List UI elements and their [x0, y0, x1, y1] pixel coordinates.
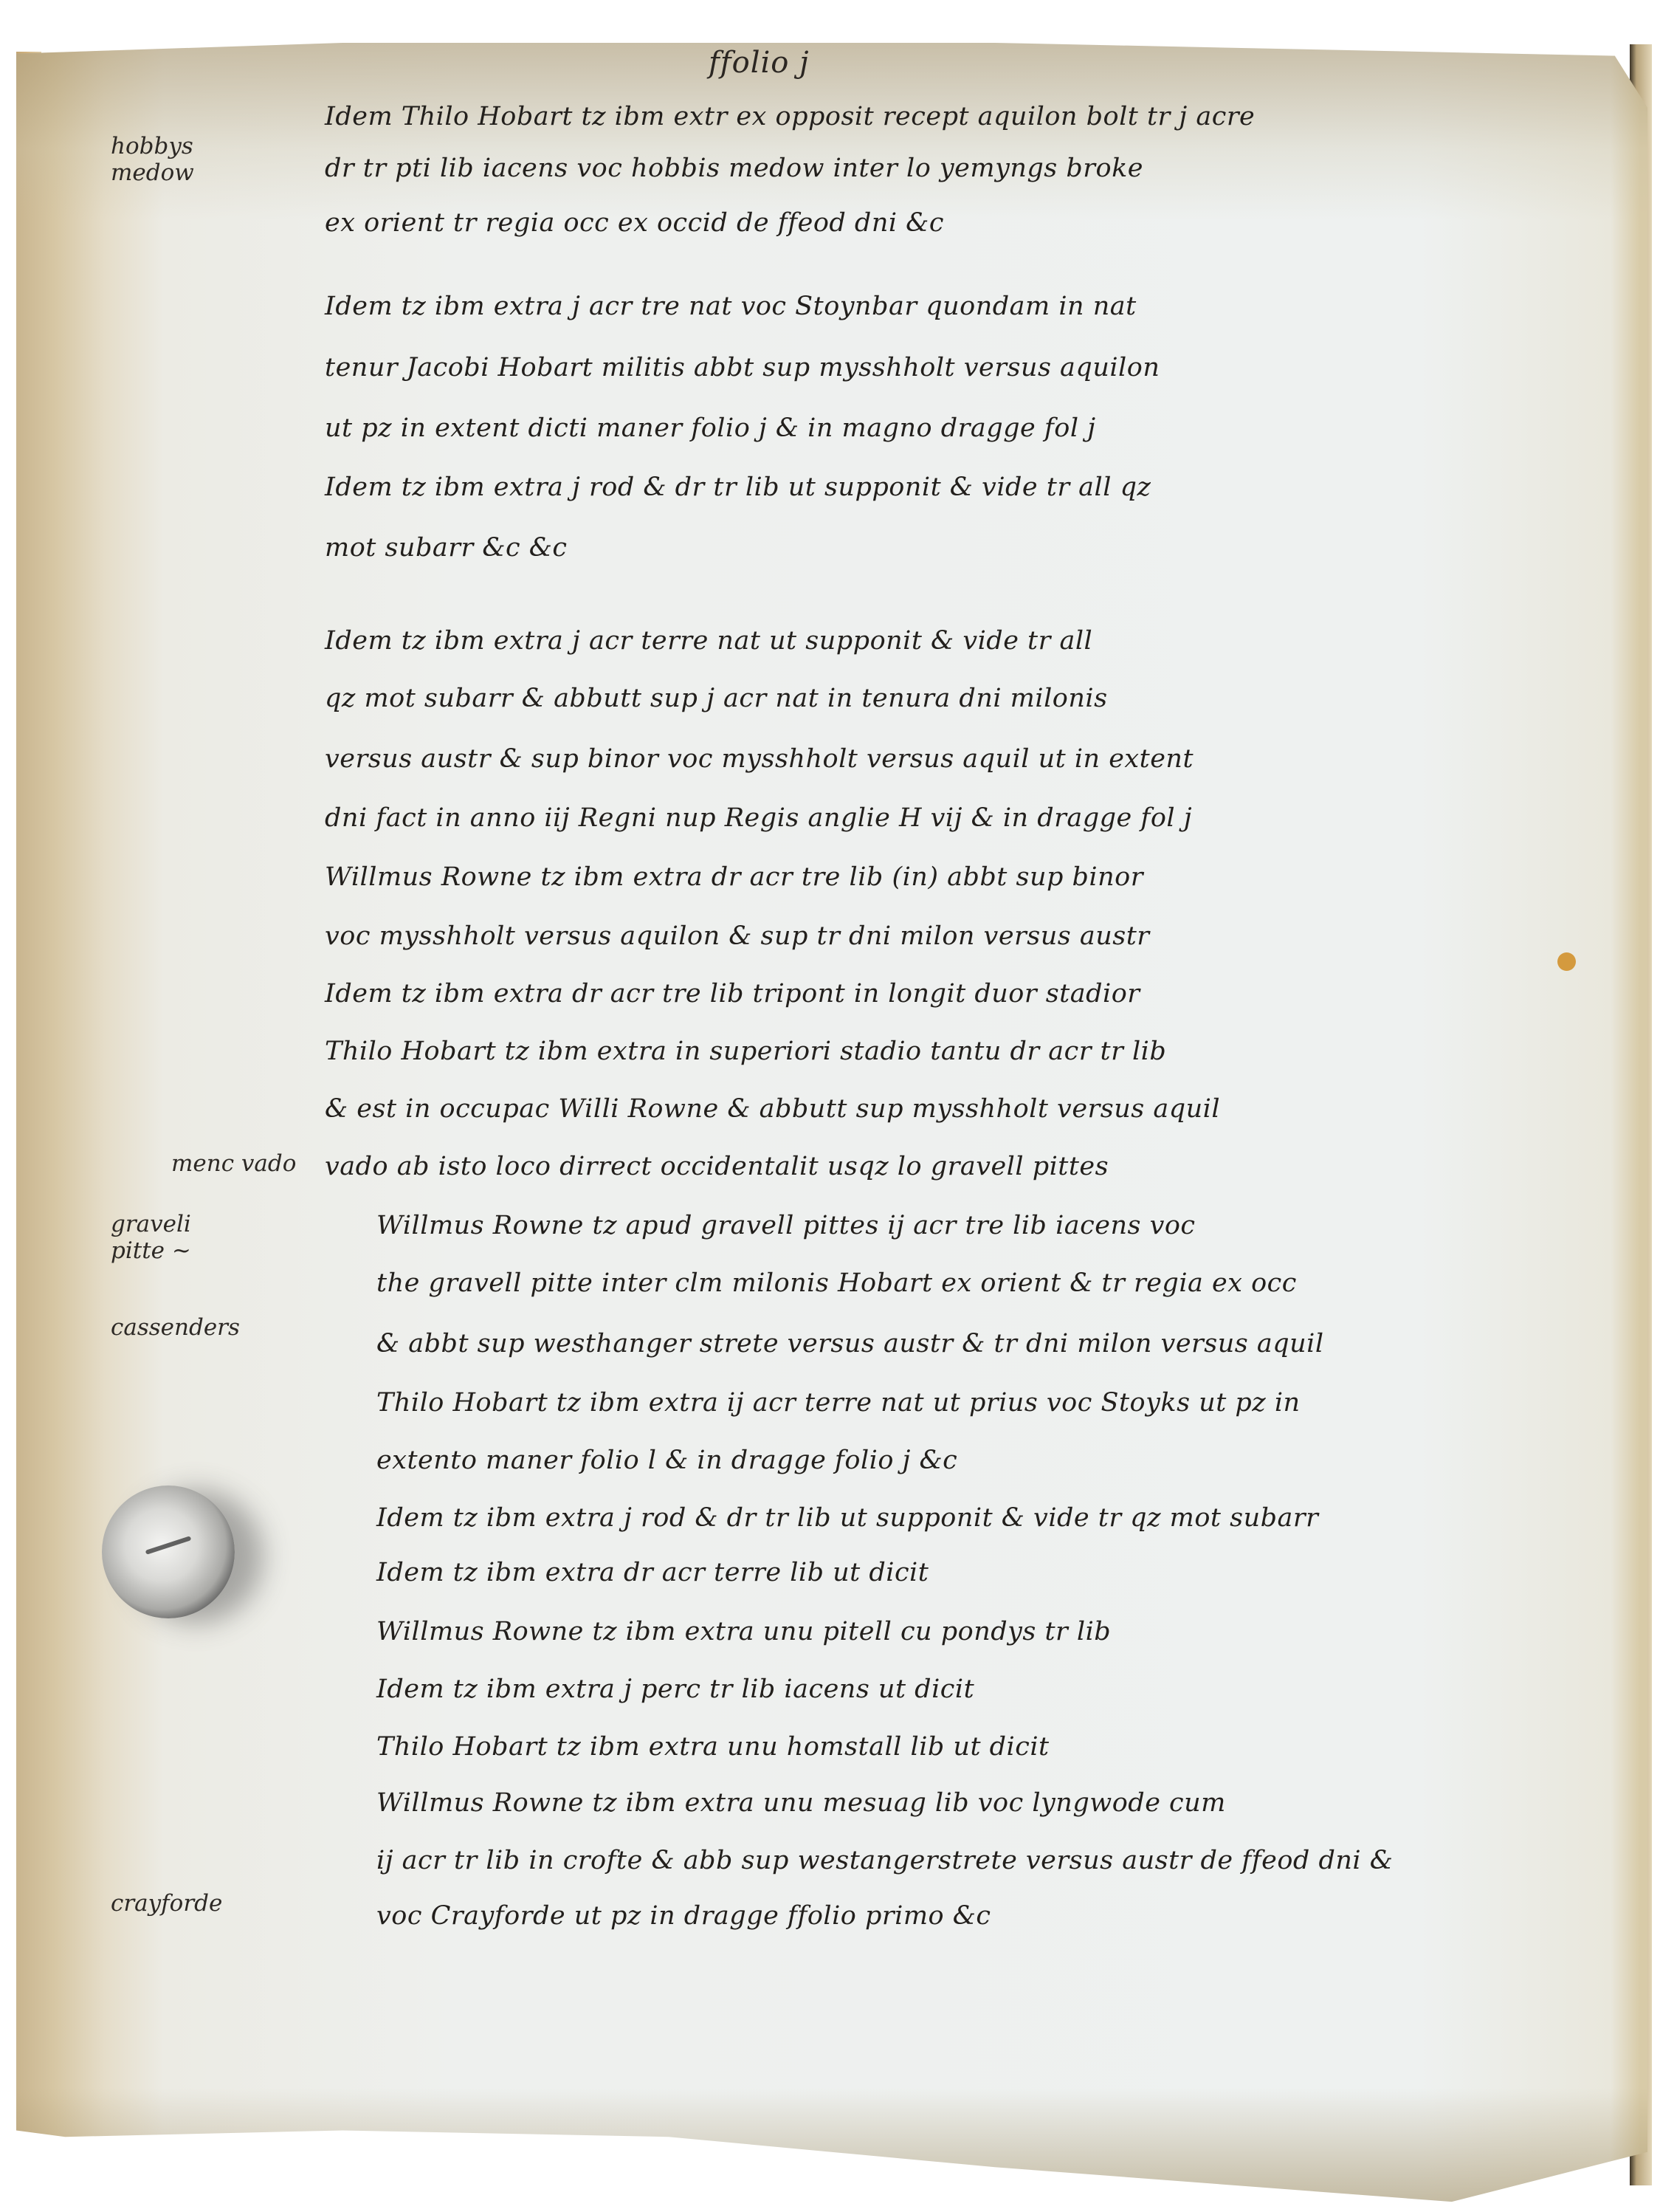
manuscript-line: mot subarr &c &c — [325, 533, 567, 563]
manuscript-line: & est in occupac Willi Rowne & abbutt su… — [325, 1094, 1220, 1124]
margin-note-line: hobbys — [111, 133, 194, 159]
manuscript-line: Willmus Rowne tz ibm extra dr acr tre li… — [325, 862, 1143, 892]
manuscript-line: voc mysshholt versus aquilon & sup tr dn… — [325, 921, 1150, 951]
manuscript-line: tenur Jacobi Hobart militis abbt sup mys… — [325, 353, 1160, 382]
manuscript-line: ex orient tr regia occ ex occid de ffeod… — [325, 208, 944, 238]
manuscript-line: Idem Thilo Hobart tz ibm extr ex opposit… — [325, 102, 1255, 131]
manuscript-line: versus austr & sup binor voc mysshholt v… — [325, 744, 1194, 774]
margin-note-crayforde: crayforde — [111, 1890, 222, 1917]
margin-note-line: cassenders — [111, 1314, 240, 1341]
manuscript-line: Idem tz ibm extra j rod & dr tr lib ut s… — [376, 1503, 1318, 1533]
manuscript-line: Willmus Rowne tz apud gravell pittes ij … — [376, 1211, 1196, 1240]
folio-heading: ffolio j — [709, 46, 809, 80]
margin-note-menc-vado: menc vado — [171, 1150, 296, 1177]
manuscript-line: Willmus Rowne tz ibm extra unu mesuag li… — [376, 1788, 1226, 1818]
manuscript-line: extento maner folio l & in dragge folio … — [376, 1446, 957, 1475]
manuscript-line: qz mot subarr & abbutt sup j acr nat in … — [325, 684, 1108, 713]
manuscript-line: vado ab isto loco dirrect occidentalit u… — [325, 1152, 1109, 1181]
manuscript-line: ij acr tr lib in crofte & abb sup westan… — [376, 1846, 1393, 1875]
margin-note-hobbys-medow: hobbysmedow — [111, 133, 194, 186]
manuscript-line: voc Crayforde ut pz in dragge ffolio pri… — [376, 1901, 991, 1931]
manuscript-line: Idem tz ibm extra j acr tre nat voc Stoy… — [325, 292, 1137, 321]
orange-marker-dot — [1557, 952, 1576, 971]
margin-note-cassenders: cassenders — [111, 1314, 240, 1341]
manuscript-line: Idem tz ibm extra j rod & dr tr lib ut s… — [325, 473, 1151, 502]
margin-note-line: graveli — [111, 1211, 191, 1237]
margin-note-line: pitte ~ — [111, 1237, 191, 1264]
manuscript-line: Idem tz ibm extra dr acr tre lib tripont… — [325, 979, 1140, 1009]
manuscript-line: ut pz in extent dicti maner folio j & in… — [325, 413, 1096, 443]
manuscript-line: Idem tz ibm extra j acr terre nat ut sup… — [325, 626, 1092, 656]
manuscript-line: dr tr pti lib iacens voc hobbis medow in… — [325, 154, 1143, 183]
margin-note-graveli-pitte: gravelipitte ~ — [111, 1211, 191, 1264]
manuscript-line: Idem tz ibm extra j perc tr lib iacens u… — [376, 1675, 974, 1704]
manuscript-line: Willmus Rowne tz ibm extra unu pitell cu… — [376, 1617, 1111, 1646]
manuscript-line: the gravell pitte inter clm milonis Hoba… — [376, 1268, 1297, 1298]
margin-note-line: crayforde — [111, 1890, 222, 1917]
manuscript-line: Thilo Hobart tz ibm extra in superiori s… — [325, 1037, 1166, 1066]
boss-scratch-mark — [145, 1536, 192, 1554]
manuscript-line: dni fact in anno iij Regni nup Regis ang… — [325, 803, 1192, 833]
manuscript-line: & abbt sup westhanger strete versus aust… — [376, 1329, 1324, 1359]
manuscript-line: Thilo Hobart tz ibm extra ij acr terre n… — [376, 1388, 1301, 1418]
manuscript-line: Thilo Hobart tz ibm extra unu homstall l… — [376, 1732, 1050, 1762]
margin-note-line: medow — [111, 159, 194, 186]
margin-note-line: menc vado — [171, 1150, 296, 1177]
manuscript-line: Idem tz ibm extra dr acr terre lib ut di… — [376, 1558, 929, 1587]
metal-boss-icon — [102, 1485, 235, 1618]
